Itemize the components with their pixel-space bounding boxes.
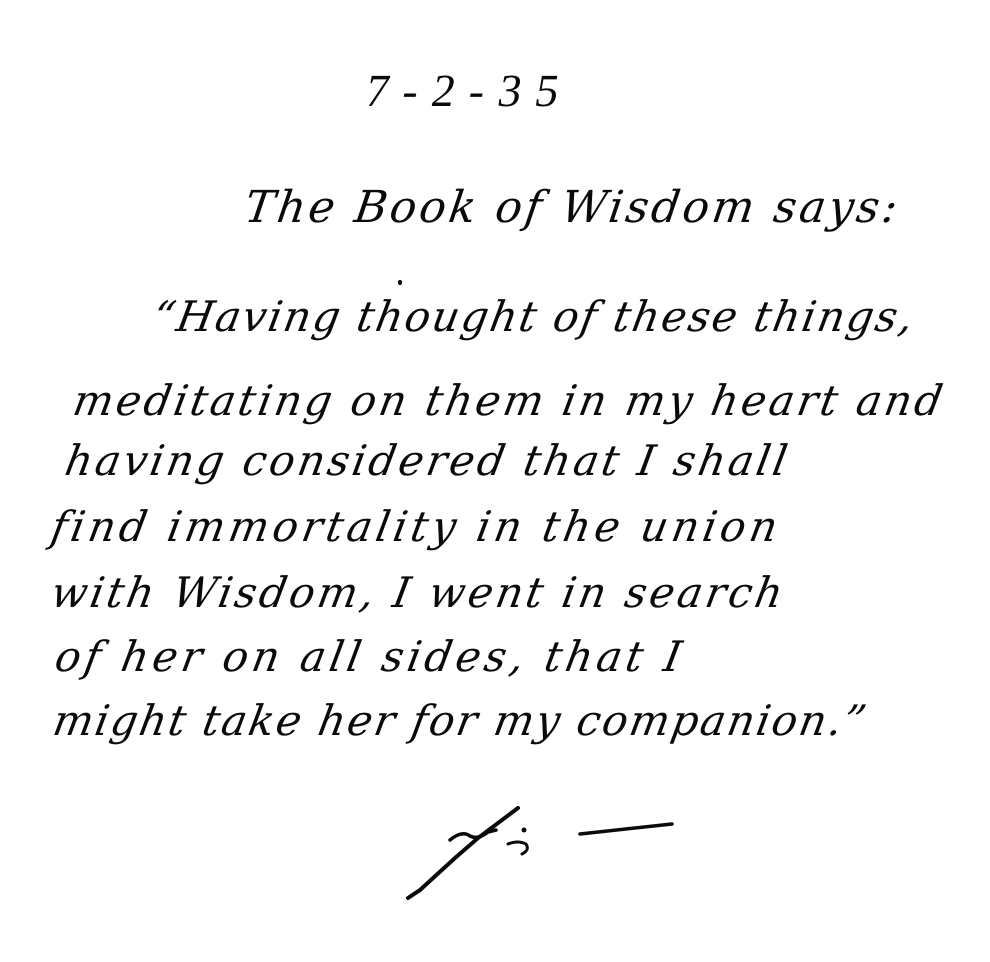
- quote-line-4: find immortality in the union: [48, 506, 785, 548]
- signature-mark-icon: [400, 800, 680, 910]
- quote-line-3: having considered that I shall: [62, 440, 793, 482]
- quote-line-6: of her on all sides, that I: [52, 636, 689, 678]
- ink-dot: [398, 280, 402, 285]
- handwritten-page: 7-2-35 The Book of Wisdom says: “Having …: [0, 0, 990, 962]
- quote-line-5: with Wisdom, I went in search: [48, 572, 789, 614]
- heading: The Book of Wisdom says:: [242, 186, 903, 230]
- signature: [400, 800, 680, 910]
- date: 7-2-35: [362, 68, 577, 114]
- quote-line-2: meditating on them in my heart and: [70, 380, 949, 422]
- quote-line-1: “Having thought of these things,: [150, 296, 918, 338]
- quote-line-7: might take her for my companion.”: [50, 700, 871, 742]
